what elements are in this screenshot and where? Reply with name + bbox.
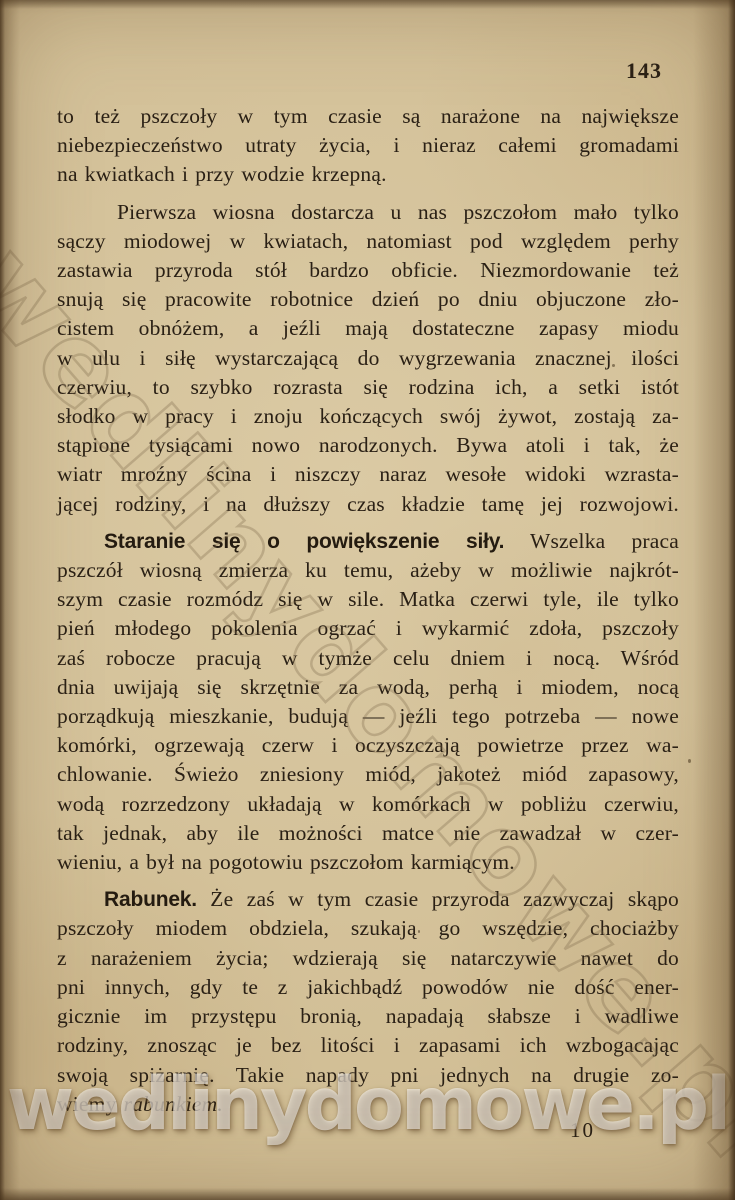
text-run: wiemy [57,1092,124,1116]
paper-speck [612,364,615,367]
text-line: czerwiu, to szybko rozrasta się rodzina … [57,373,679,402]
paper-speck [418,930,420,933]
text-run: swoją spiżarnię. Takie napady pni jednyc… [57,1063,679,1087]
text-run: zastawia przyroda stół bardzo obficie. N… [57,258,679,282]
text-line: niebezpieczeństwo utraty życia, i nieraz… [57,131,679,160]
text-run: z narażeniem życia; wdzierają się natarc… [57,946,679,970]
text-line: cistem obnóżem, a jeźli mają dostateczne… [57,314,679,343]
text-line: snują się pracowite robotnice dzień po d… [57,285,679,314]
text-line: jącej rodziny, i na dłuższy czas kładzie… [57,490,679,519]
text-run: dnia uwijają się skrzętnie za wodą, perh… [57,675,679,699]
italic-term: rabunkiem. [124,1092,223,1116]
text-run: w ulu i siłę wystarczającą do wygrzewani… [57,346,679,370]
text-line: porządkują mieszkanie, budują — jeźli te… [57,702,679,731]
text-run: pni innych, gdy te z jakichbądź powodów … [57,975,679,999]
text-run: niebezpieczeństwo utraty życia, i nieraz… [57,133,679,157]
text-line: zastawia przyroda stół bardzo obficie. N… [57,256,679,285]
text-run: wiatr mroźny ścina i niszczy naraz wesoł… [57,462,679,486]
text-line: Staranie się o powiększenie siły. Wszelk… [57,527,679,556]
paragraph: to też pszczoły w tym czasie są narażone… [57,102,679,190]
text-line: wiatr mroźny ścina i niszczy naraz wesoł… [57,460,679,489]
page-number: 143 [626,58,662,84]
text-line: chlowanie. Świeżo zniesiony miód, jakote… [57,760,679,789]
text-run: pszczół wiosną zmierza ku temu, ażeby w … [57,558,679,582]
text-run: snują się pracowite robotnice dzień po d… [57,287,679,311]
signature-number: 10 [570,1118,595,1143]
text-run: tak jednak, aby ile możności matce nie z… [57,821,679,845]
text-line: wieniu, a był na pogotowiu pszczołom kar… [57,848,679,877]
text-line: sączy miodowej w kwiatach, natomiast pod… [57,227,679,256]
text-line: stąpione tysiącami nowo narodzonych. Byw… [57,431,679,460]
paragraph: Rabunek. Że zaś w tym czasie przyroda za… [57,885,679,1119]
text-run: pszczoły miodem obdziela, szukają go wsz… [57,916,679,940]
text-run: komórki, ogrzewają czerw i oczyszczają p… [57,733,679,757]
text-line: z narażeniem życia; wdzierają się natarc… [57,944,679,973]
text-line: wiemy rabunkiem. [57,1090,679,1119]
text-line: komórki, ogrzewają czerw i oczyszczają p… [57,731,679,760]
text-line: pni innych, gdy te z jakichbądź powodów … [57,973,679,1002]
text-run: Że zaś w tym czasie przyroda zazwyczaj s… [197,887,679,911]
text-run: rodziny, znosząc je bez litości i zapasa… [57,1033,679,1057]
text-run: porządkują mieszkanie, budują — jeźli te… [57,704,679,728]
paper-speck [688,759,691,763]
text-line: dnia uwijają się skrzętnie za wodą, perh… [57,673,679,702]
text-line: tak jednak, aby ile możności matce nie z… [57,819,679,848]
text-line: na kwiatkach i przy wodzie krzepną. [57,160,679,189]
text-line: pszczół wiosną zmierza ku temu, ażeby w … [57,556,679,585]
paragraph: Pierwsza wiosna dostarcza u nas pszczoło… [57,198,679,519]
text-run: sączy miodowej w kwiatach, natomiast pod… [57,229,679,253]
text-line: wodą rozrzedzony układają w komórkach w … [57,790,679,819]
text-line: swoją spiżarnię. Takie napady pni jednyc… [57,1061,679,1090]
text-block: to też pszczoły w tym czasie są narażone… [57,102,679,1119]
text-run: Pierwsza wiosna dostarcza u nas pszczoło… [117,200,679,224]
text-run: szym czasie rozmódz się w sile. Matka cz… [57,587,679,611]
text-run: czerwiu, to szybko rozrasta się rodzina … [57,375,679,399]
text-run: wodą rozrzedzony układają w komórkach w … [57,792,679,816]
text-line: pszczoły miodem obdziela, szukają go wsz… [57,914,679,943]
text-run: Wszelka praca [504,529,679,553]
text-run: chlowanie. Świeżo zniesiony miód, jakote… [57,762,679,786]
paragraph: Staranie się o powiększenie siły. Wszelk… [57,527,679,877]
text-line: gicznie im przystępu bronią, napadają sł… [57,1002,679,1031]
text-line: Pierwsza wiosna dostarcza u nas pszczoło… [57,198,679,227]
scanned-book-page: 143 to też pszczoły w tym czasie są nara… [0,0,735,1200]
text-line: szym czasie rozmódz się w sile. Matka cz… [57,585,679,614]
text-run: zaś robocze pracują w tymże celu dniem i… [57,646,679,670]
text-run: pień młodego pokolenia ogrzać i wykarmić… [57,616,679,640]
text-line: zaś robocze pracują w tymże celu dniem i… [57,644,679,673]
text-line: pień młodego pokolenia ogrzać i wykarmić… [57,614,679,643]
run-in-heading: Staranie się o powiększenie siły. [104,530,504,553]
text-run: cistem obnóżem, a jeźli mają dostateczne… [57,316,679,340]
text-line: to też pszczoły w tym czasie są narażone… [57,102,679,131]
text-line: Rabunek. Że zaś w tym czasie przyroda za… [57,885,679,914]
run-in-heading: Rabunek. [104,888,197,911]
text-run: słodko w pracy i znoju kończących swój ż… [57,404,679,428]
text-run: jącej rodziny, i na dłuższy czas kładzie… [57,492,679,516]
text-line: słodko w pracy i znoju kończących swój ż… [57,402,679,431]
text-run: stąpione tysiącami nowo narodzonych. Byw… [57,433,679,457]
text-line: rodziny, znosząc je bez litości i zapasa… [57,1031,679,1060]
text-line: w ulu i siłę wystarczającą do wygrzewani… [57,344,679,373]
text-run: wieniu, a był na pogotowiu pszczołom kar… [57,850,515,874]
text-run: gicznie im przystępu bronią, napadają sł… [57,1004,679,1028]
text-run: na kwiatkach i przy wodzie krzepną. [57,162,387,186]
text-run: to też pszczoły w tym czasie są narażone… [57,104,679,128]
